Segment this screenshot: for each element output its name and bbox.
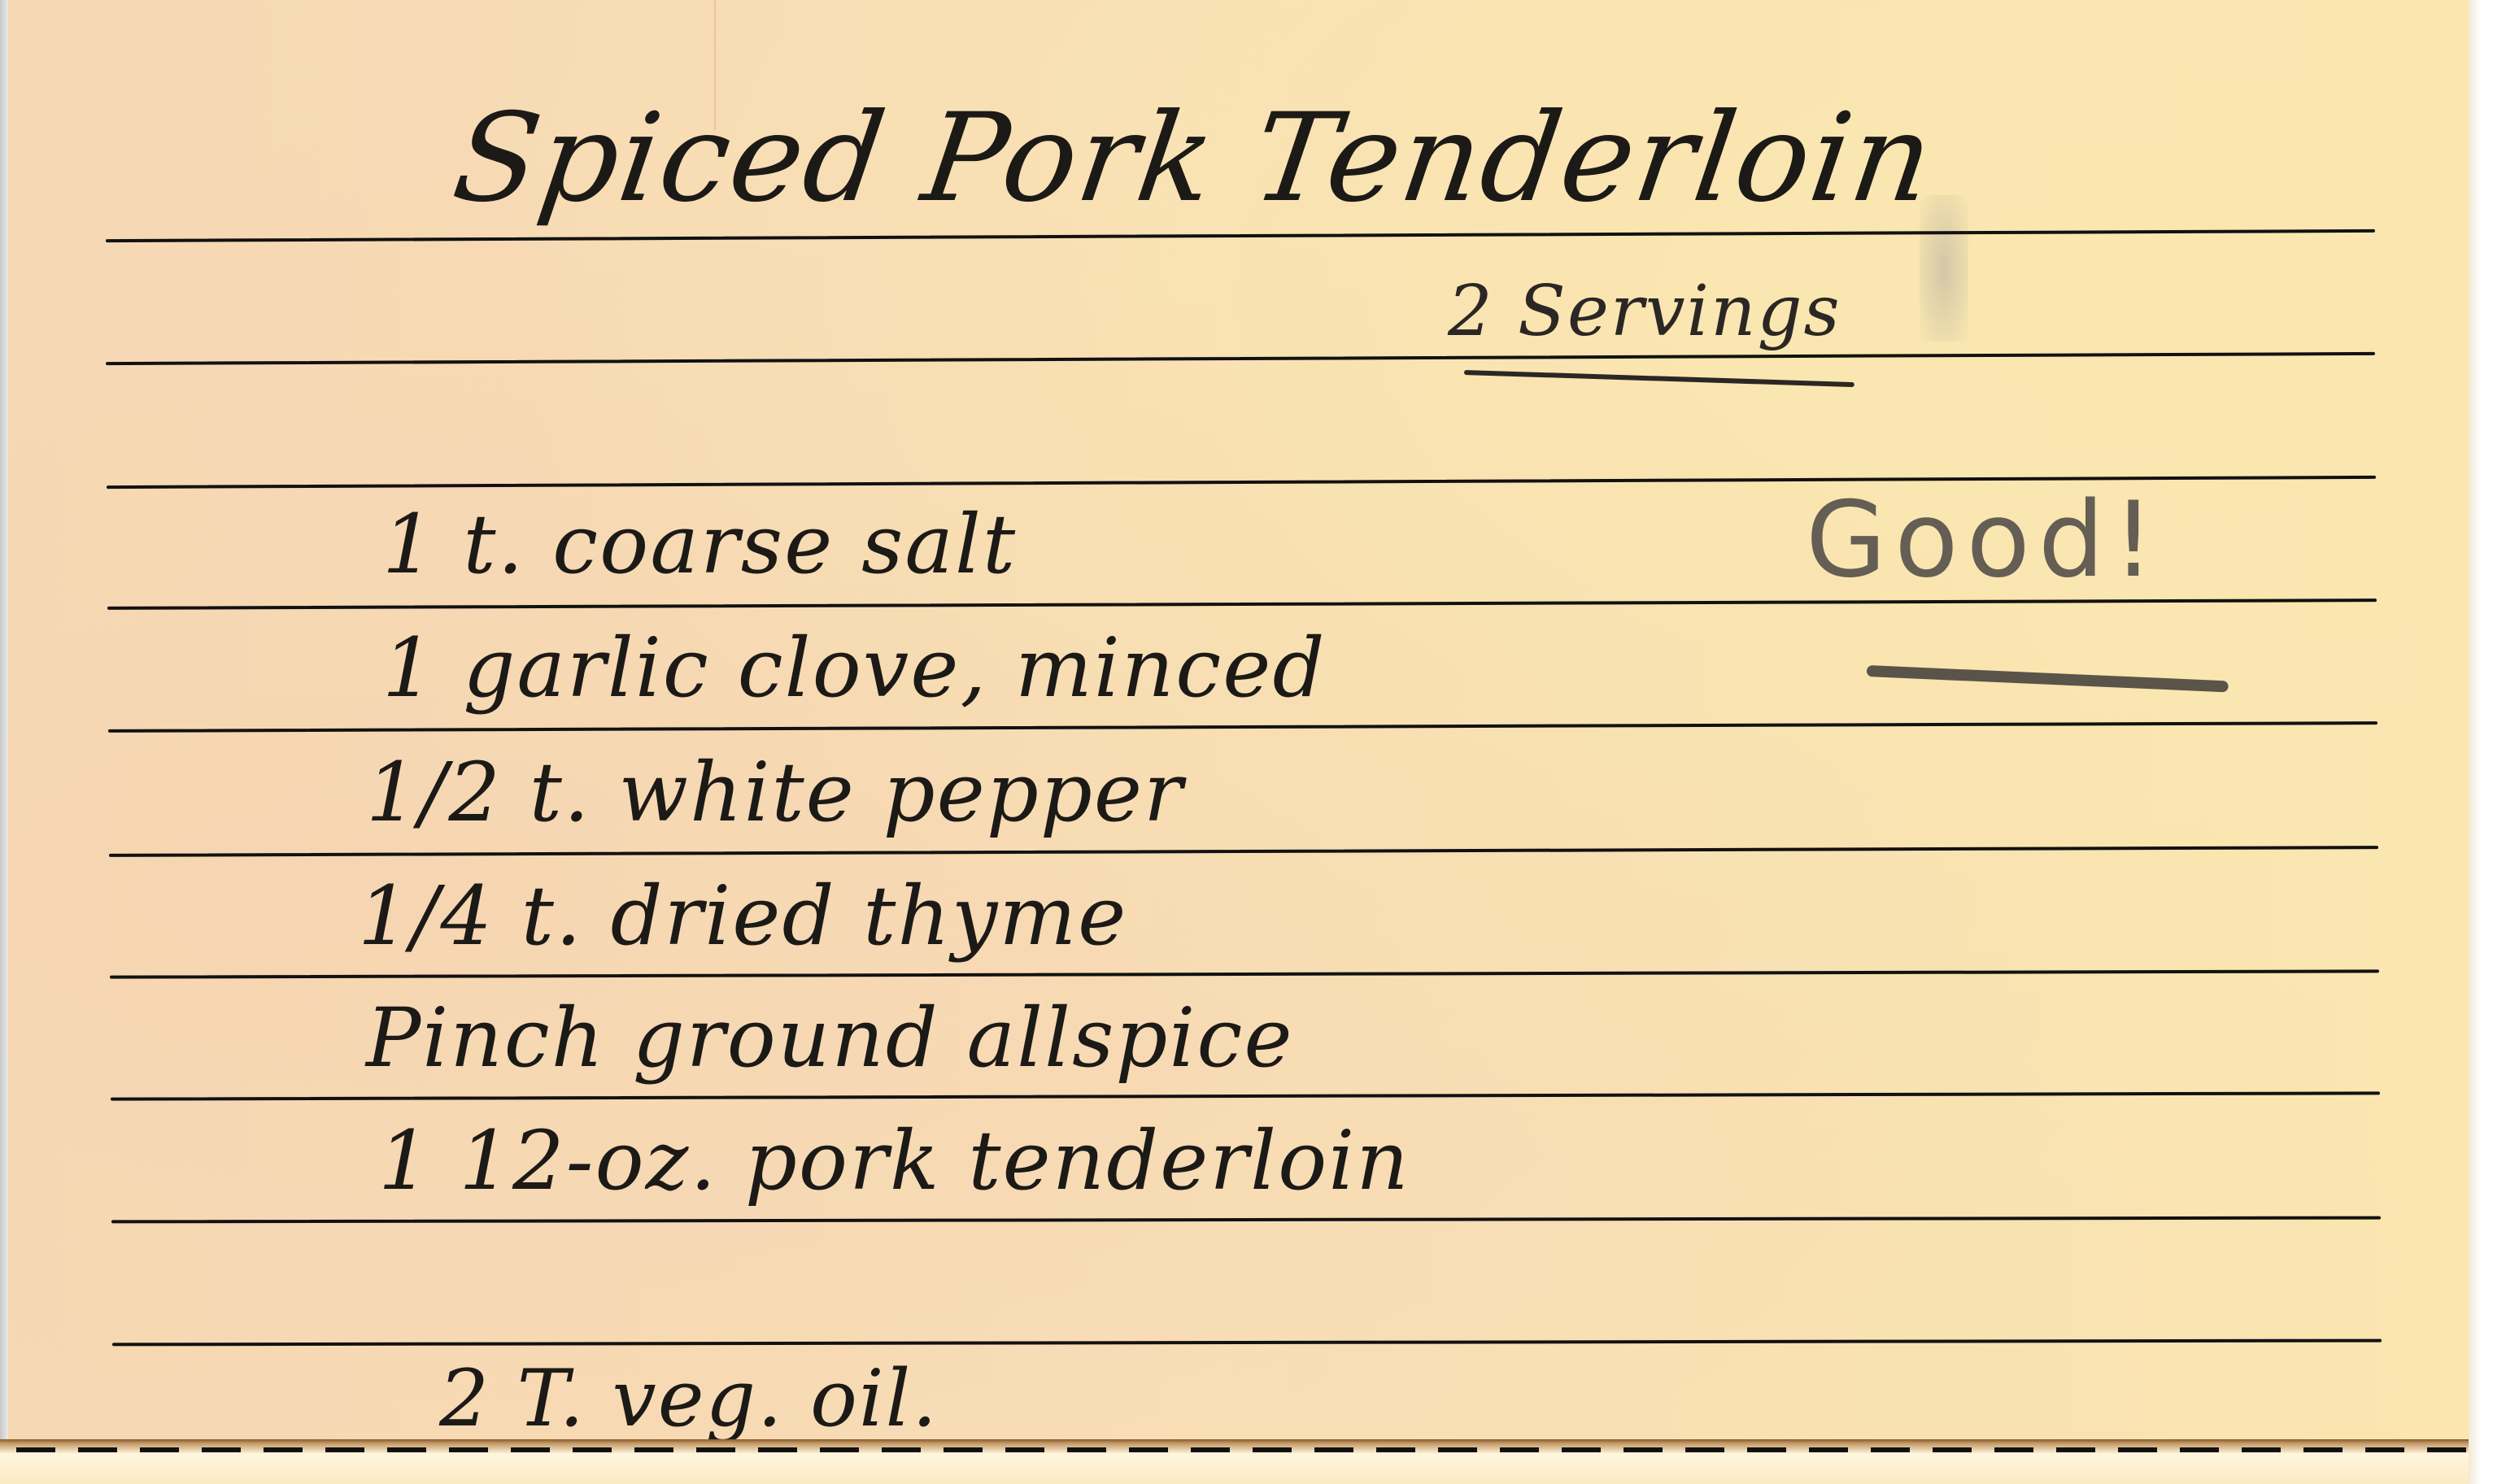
- card-right-edge: [2469, 0, 2481, 1484]
- perforation-line: [16, 1447, 2473, 1452]
- ruled-line: [108, 721, 2378, 733]
- card-bottom-edge: [0, 1439, 2481, 1484]
- ruled-line: [110, 969, 2379, 978]
- ruled-line: [111, 1216, 2381, 1224]
- ingredient-item: 1 12-oz. pork tenderloin: [378, 1121, 1410, 1202]
- ruled-line: [109, 846, 2378, 857]
- pencil-smudge: [1920, 195, 1968, 342]
- servings-underline: [1464, 370, 1854, 387]
- ingredient-item: Pinch ground allspice: [366, 998, 1294, 1079]
- recipe-title: Spiced Pork Tenderloin: [447, 98, 1941, 220]
- ruled-line: [106, 352, 2375, 365]
- ruled-line: [112, 1339, 2382, 1347]
- recipe-card: Spiced Pork Tenderloin 2 Servings Good! …: [0, 0, 2481, 1484]
- servings-label: 2 Servings: [1448, 276, 1841, 346]
- ingredient-item: 2 T. veg. oil.: [439, 1360, 939, 1438]
- ruled-line: [111, 1091, 2380, 1100]
- ingredient-item: 1/4 t. dried thyme: [358, 876, 1127, 957]
- ingredient-item: 1/2 t. white pepper: [366, 752, 1184, 833]
- note-underline-stroke: [1867, 665, 2229, 692]
- good-note: Good!: [1806, 480, 2162, 601]
- card-left-edge: [0, 0, 8, 1484]
- ingredient-item: 1 t. coarse salt: [382, 504, 1017, 585]
- ruled-line: [106, 229, 2375, 242]
- ingredient-item: 1 garlic clove, minced: [382, 628, 1326, 709]
